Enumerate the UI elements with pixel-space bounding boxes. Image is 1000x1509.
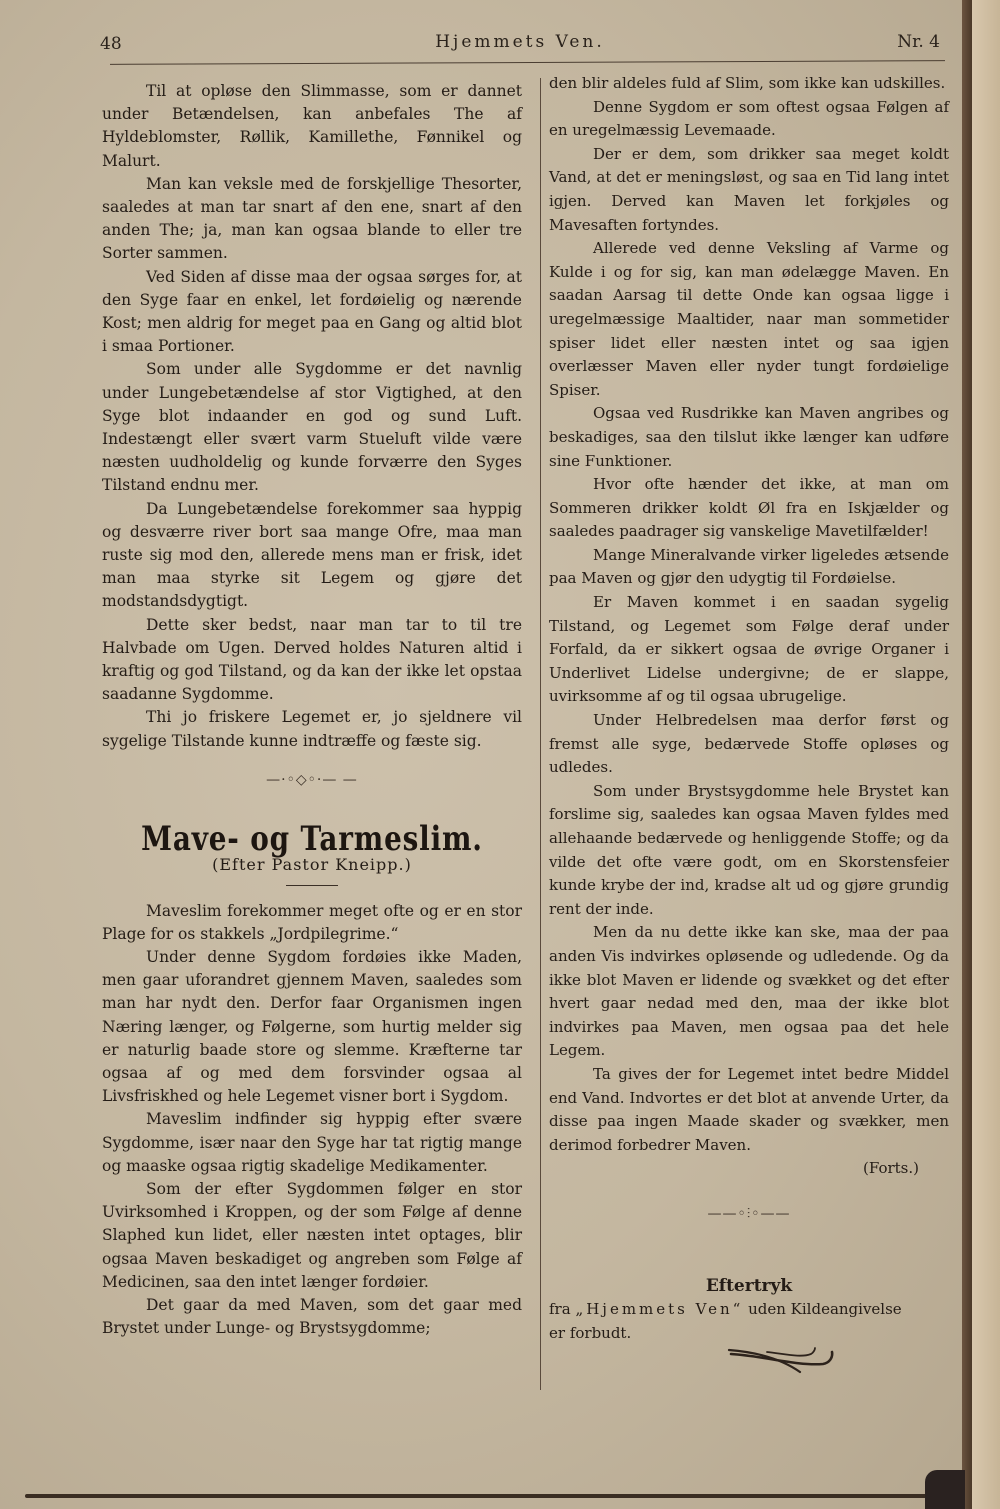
paragraph: Som der efter Sygdommen følger en stor U…	[102, 1178, 522, 1294]
flourish-ornament	[725, 1340, 845, 1380]
left-column: Til at opløse den Slimmasse, som er dann…	[102, 80, 522, 1340]
book-spine	[962, 0, 972, 1509]
paragraph: Til at opløse den Slimmasse, som er dann…	[102, 80, 522, 173]
reprint-notice-line: fra „Hjemmets Ven“ uden Kildeangivelse	[549, 1298, 949, 1322]
paragraph: Maveslim forekommer meget ofte og er en …	[102, 900, 522, 946]
column-divider	[540, 78, 541, 1390]
continued-mark: (Forts.)	[549, 1157, 949, 1181]
paragraph: Da Lungebetændelse forekommer saa hyppig…	[102, 498, 522, 614]
page-edge	[972, 0, 1000, 1509]
page-bottom-edge	[25, 1494, 965, 1498]
paragraph: Under Helbredelsen maa derfor først og f…	[549, 709, 949, 780]
issue-number: Nr. 4	[897, 32, 940, 52]
paragraph: Allerede ved denne Veksling af Varme og …	[549, 237, 949, 402]
right-column: den blir aldeles fuld af Slim, som ikke …	[549, 72, 949, 1345]
paragraph: Under denne Sygdom fordøies ikke Maden, …	[102, 946, 522, 1108]
reprint-notice: fra „Hjemmets Ven“ uden Kildeangivelse e…	[549, 1298, 949, 1345]
paragraph: Der er dem, som drikker saa meget koldt …	[549, 143, 949, 237]
paragraph: Maveslim indfinder sig hyppig efter svær…	[102, 1108, 522, 1178]
paragraph: Man kan veksle med de forskjellige Theso…	[102, 173, 522, 266]
paragraph: Som under Brystsygdomme hele Brystet kan…	[549, 780, 949, 922]
paragraph: Som under alle Sygdomme er det navnlig u…	[102, 358, 522, 497]
paragraph: Men da nu dette ikke kan ske, maa der pa…	[549, 921, 949, 1063]
section-divider-ornament: —·◦◇◦·— —	[102, 769, 522, 792]
reprint-notice-title: Eftertryk	[549, 1275, 949, 1299]
paragraph: Dette sker bedst, naar man tar to til tr…	[102, 614, 522, 707]
paragraph-continuation: den blir aldeles fuld af Slim, som ikke …	[549, 72, 949, 96]
paragraph: Mange Mineralvande virker ligeledes ætse…	[549, 544, 949, 591]
paragraph: Ta gives der for Legemet intet bedre Mid…	[549, 1063, 949, 1157]
paragraph: Ogsaa ved Rusdrikke kan Maven angribes o…	[549, 402, 949, 473]
paragraph: Er Maven kommet i en saadan sygelig Tils…	[549, 591, 949, 709]
paragraph: Ved Siden af disse maa der ogsaa sørges …	[102, 266, 522, 359]
corner-shadow	[925, 1470, 965, 1509]
notice-prefix: fra	[549, 1300, 571, 1318]
paragraph: Hvor ofte hænder det ikke, at man om Som…	[549, 473, 949, 544]
paragraph: Thi jo friskere Legemet er, jo sjeldnere…	[102, 706, 522, 752]
paragraph: Det gaar da med Maven, som det gaar med …	[102, 1294, 522, 1340]
publication-title: Hjemmets Ven.	[100, 32, 940, 52]
section-divider-ornament: ——◦⫶◦——	[549, 1203, 949, 1227]
title-underline	[286, 885, 338, 886]
notice-publication: „Hjemmets Ven“	[575, 1300, 743, 1318]
paragraph: Denne Sygdom er som oftest ogsaa Følgen …	[549, 96, 949, 143]
notice-suffix: uden Kildeangivelse	[748, 1300, 902, 1318]
article-title: Mave- og Tarmeslim.	[140, 828, 484, 851]
